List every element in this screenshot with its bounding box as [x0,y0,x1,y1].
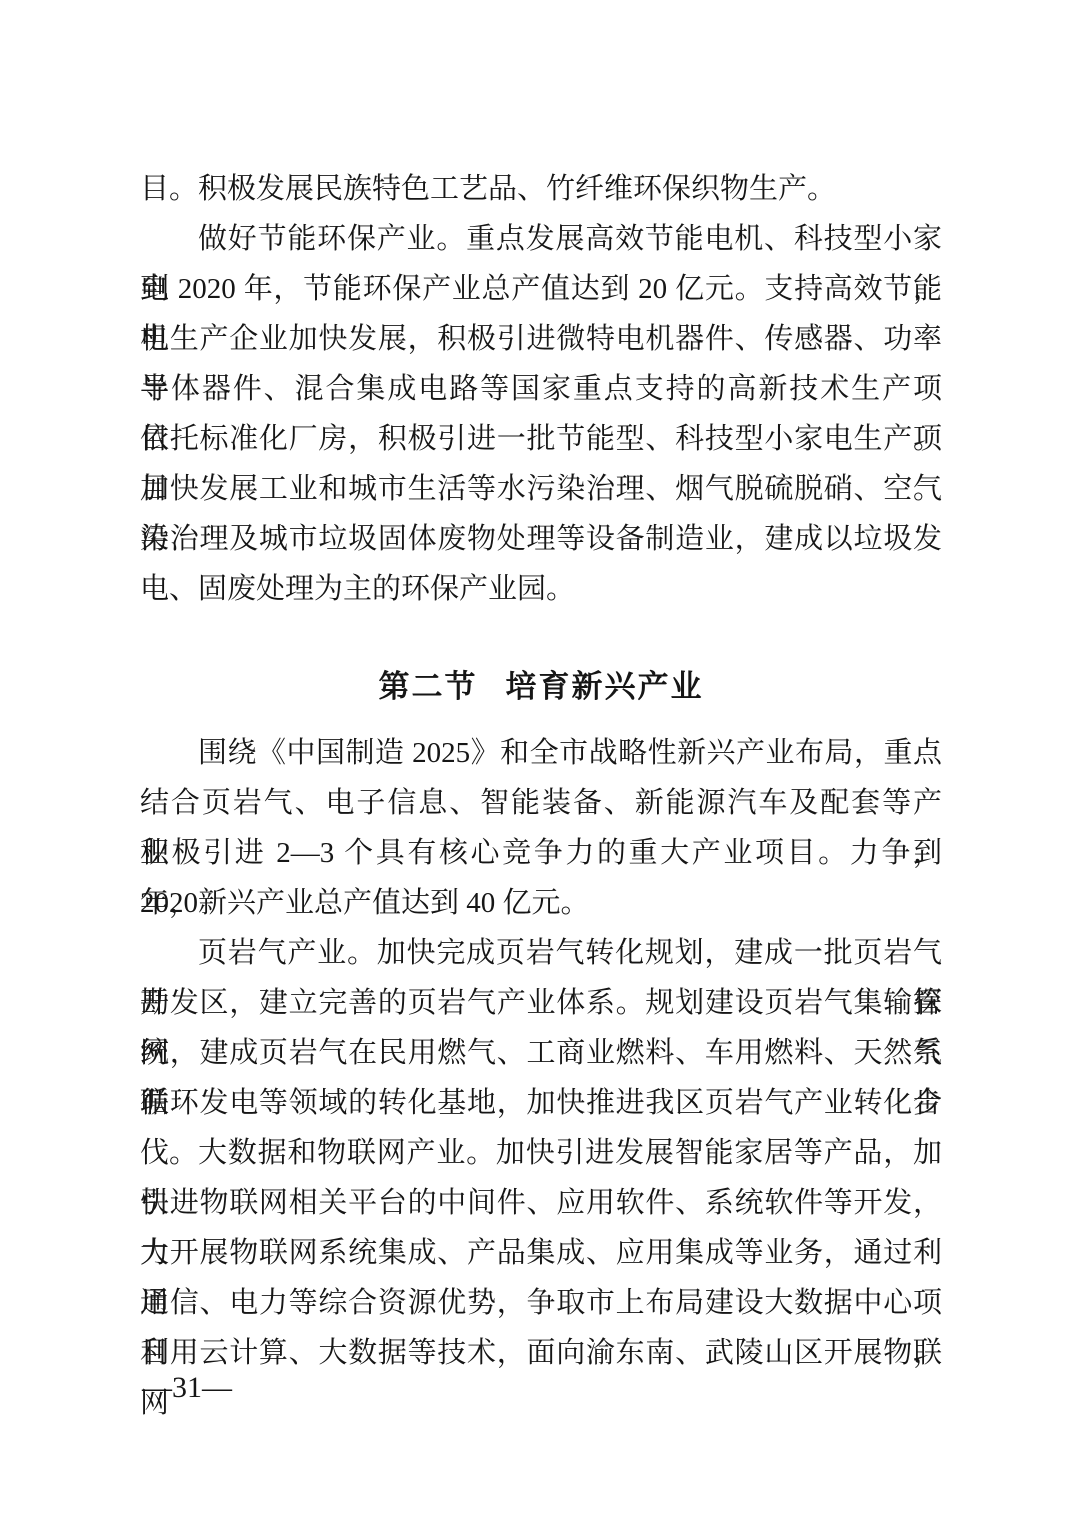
text-line: 染治理及城市垃圾固体废物处理等设备制造业，建成以垃圾发 [140,514,942,564]
paragraph: 围绕《中国制造 2025》和全市战略性新兴产业布局，重点 结合页岩气、电子信息、… [140,728,942,928]
text-line: 机生产企业加快发展，积极引进微特电机器件、传感器、功率半 [140,314,942,364]
text-line: 循环发电等领域的转化基地，加快推进我区页岩气产业转化步伐。 [140,1078,942,1128]
paragraph: 大数据和物联网产业。加快引进发展智能家居等产品，加快 引进物联网相关平台的中间件… [140,1128,942,1378]
text-line: 通信、电力等综合资源优势，争取市上布局建设大数据中心项目， [140,1278,942,1328]
text-line: 大数据和物联网产业。加快引进发展智能家居等产品，加快 [140,1128,942,1178]
text-line: 结合页岩气、电子信息、智能装备、新能源汽车及配套等产业， [140,778,942,828]
text-line: 年，新兴产业总产值达到 40 亿元。 [140,878,942,928]
text-line: 到 2020 年，节能环保产业总产值达到 20 亿元。支持高效节能电 [140,264,942,314]
page-number: —31— [142,1367,232,1409]
text-line: 加快发展工业和城市生活等水污染治理、烟气脱硫脱硝、空气污 [140,464,942,514]
section-heading: 第二节培育新兴产业 [140,662,942,712]
text-line: 积极引进 2—3 个具有核心竞争力的重大产业项目。力争到 2020 [140,828,942,878]
text-line: 目。积极发展民族特色工艺品、竹纤维环保织物生产。 [140,164,942,214]
document-page: 目。积极发展民族特色工艺品、竹纤维环保织物生产。 做好节能环保产业。重点发展高效… [0,0,1074,1520]
text-line: 引进物联网相关平台的中间件、应用软件、系统软件等开发，大 [140,1178,942,1228]
text-line: 做好节能环保产业。重点发展高效节能电机、科技型小家电， [140,214,942,264]
paragraph: 目。积极发展民族特色工艺品、竹纤维环保织物生产。 [140,164,942,214]
paragraph: 页岩气产业。加快完成页岩气转化规划，建成一批页岩气勘探 开发区，建立完善的页岩气… [140,928,942,1128]
paragraph: 做好节能环保产业。重点发展高效节能电机、科技型小家电， 到 2020 年，节能环… [140,214,942,614]
page-body: 目。积极发展民族特色工艺品、竹纤维环保织物生产。 做好节能环保产业。重点发展高效… [140,164,942,1378]
section-title: 培育新兴产业 [506,669,704,704]
text-line: 统，建成页岩气在民用燃气、工商业燃料、车用燃料、天然气联合 [140,1028,942,1078]
text-line: 电、固废处理为主的环保产业园。 [140,564,942,614]
text-line: 导体器件、混合集成电路等国家重点支持的高新技术生产项目。 [140,364,942,414]
text-line: 开发区，建立完善的页岩气产业体系。规划建设页岩气集输管网系 [140,978,942,1028]
text-line: 力开展物联网系统集成、产品集成、应用集成等业务，通过利用 [140,1228,942,1278]
section-number: 第二节 [379,669,478,704]
text-line: 利用云计算、大数据等技术，面向渝东南、武陵山区开展物联网 [140,1328,942,1378]
text-line: 页岩气产业。加快完成页岩气转化规划，建成一批页岩气勘探 [140,928,942,978]
text-line: 依托标准化厂房，积极引进一批节能型、科技型小家电生产项目。 [140,414,942,464]
text-line: 围绕《中国制造 2025》和全市战略性新兴产业布局，重点 [140,728,942,778]
